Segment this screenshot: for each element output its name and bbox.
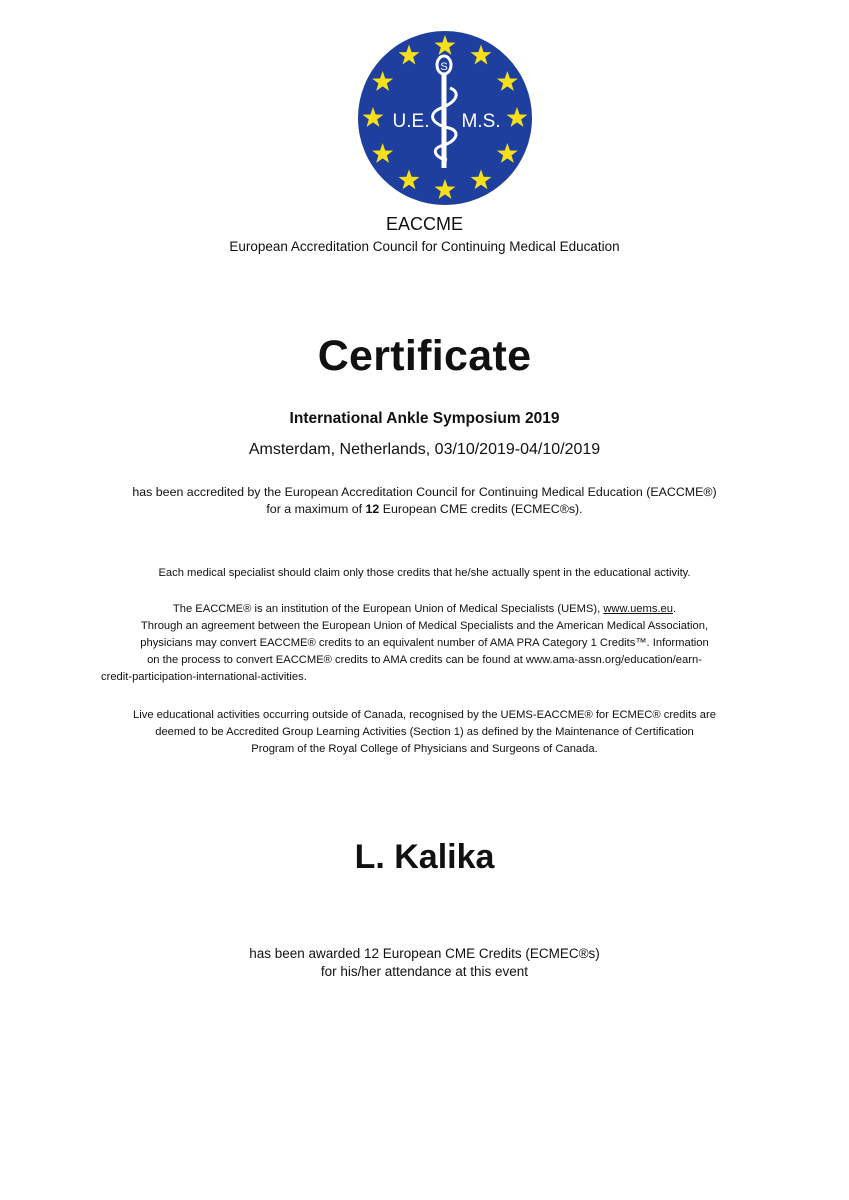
event-location-dates: Amsterdam, Netherlands, 03/10/2019-04/10… [0, 441, 849, 459]
ama-line: credit-participation-international-activ… [0, 669, 849, 686]
awarded-line-1: has been awarded 12 European CME Credits… [0, 945, 849, 963]
logo-right-text: M.S. [461, 111, 500, 132]
accreditation-suffix: European CME credits (ECMEC®s). [379, 502, 582, 516]
ama-line: Through an agreement between the Europea… [0, 618, 849, 635]
certificate-title: Certificate [0, 332, 849, 381]
logo-center-letter: S [440, 61, 447, 73]
ama-line: on the process to convert EACCME® credit… [0, 652, 849, 669]
uems-prefix: The EACCME® is an institution of the Eur… [173, 603, 603, 615]
org-acronym: EACCME [0, 214, 849, 235]
uems-suffix: . [673, 603, 676, 615]
awarded-line-2: for his/her attendance at this event [0, 963, 849, 981]
canada-line: deemed to be Accredited Group Learning A… [0, 724, 849, 741]
org-full-name: European Accreditation Council for Conti… [0, 239, 849, 254]
uems-logo: U.E. M.S. S [357, 30, 533, 206]
canada-line: Program of the Royal College of Physicia… [0, 741, 849, 758]
accreditation-statement: has been accredited by the European Accr… [0, 484, 849, 518]
canada-note: Live educational activities occurring ou… [0, 707, 849, 758]
ama-line: physicians may convert EACCME® credits t… [0, 635, 849, 652]
uems-ama-note: The EACCME® is an institution of the Eur… [0, 601, 849, 686]
max-credits: 12 [366, 502, 380, 516]
event-name: International Ankle Symposium 2019 [0, 410, 849, 428]
logo-left-text: U.E. [393, 111, 430, 132]
awarded-statement: has been awarded 12 European CME Credits… [0, 945, 849, 981]
claim-note: Each medical specialist should claim onl… [0, 567, 849, 579]
accreditation-line-2: for a maximum of 12 European CME credits… [0, 501, 849, 518]
accreditation-prefix: for a maximum of [266, 502, 365, 516]
uems-link[interactable]: www.uems.eu [603, 603, 673, 615]
canada-line: Live educational activities occurring ou… [0, 707, 849, 724]
uems-line: The EACCME® is an institution of the Eur… [0, 601, 849, 618]
recipient-name: L. Kalika [0, 838, 849, 877]
accreditation-line-1: has been accredited by the European Accr… [0, 484, 849, 501]
